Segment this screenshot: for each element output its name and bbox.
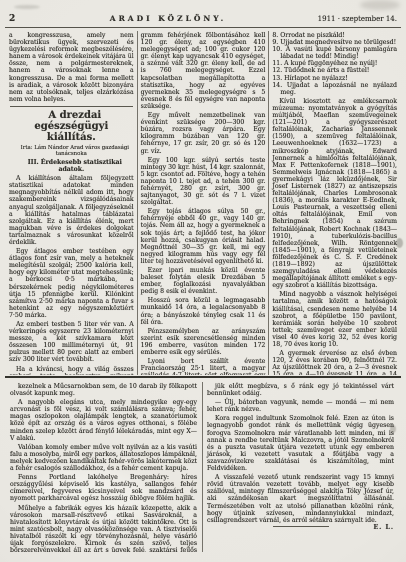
column-2: gramm fehérjének fölbontásához kell 120 … <box>138 31 269 375</box>
issue-date: 1911 · szeptember 14. <box>277 15 397 23</box>
body-paragraph: Műhelye a fabrikák egyes kis házaik köze… <box>10 505 197 553</box>
section-heading: III. Érdekesebb statisztikai adatok. <box>9 159 134 173</box>
body-paragraph: Mind nagyobb a vásznok helyiségei tartal… <box>272 291 397 348</box>
byline: Irta: Lám Nándor Arad város gazdasági ta… <box>9 145 134 157</box>
body-paragraph: a kongresszusa, amely nem bürokratikus ü… <box>9 32 134 103</box>
body-paragraph: A gyermek érverése az első évben 120, 2 … <box>272 350 397 375</box>
body-paragraph: A visszafelé vezető utunk rendszerint va… <box>207 474 394 524</box>
body-paragraph: Fenns Portland lakóhelye Bregenháry: hír… <box>10 474 197 502</box>
body-paragraph: Pénzszemélyben az arányszám szerint esik… <box>141 328 266 356</box>
column-1: a kongresszusa, amely nem bürokratikus ü… <box>6 31 137 375</box>
body-paragraph: Kora reggel indultunk Szomolnok felé. Ez… <box>207 415 394 472</box>
body-paragraph: Lyoni bort szállít évente Franciaország … <box>141 358 266 375</box>
body-paragraph: Ezer ipari munkás közül évente baleset f… <box>141 267 266 295</box>
body-paragraph: Valóban komoly ember műve volt nyilván a… <box>10 444 197 472</box>
page-number: 2 <box>9 14 59 24</box>
scan-smudge <box>360 0 400 10</box>
list-item: 10. A vasúti kupé bársony pamlagára lába… <box>272 46 397 60</box>
list-item: 13. Hírlapot ne nyálazz! <box>272 75 397 82</box>
top-section: a kongresszusa, amely nem bürokratikus ü… <box>6 31 400 375</box>
feuilleton-section: kezelnek a Műcsarnokban sem, de 10 darab… <box>6 382 400 552</box>
newspaper-page: 2 ARADI KÖZLÖNY. 1911 · szeptember 14. a… <box>0 0 406 562</box>
article-divider-rule <box>10 106 133 107</box>
masthead: ARADI KÖZLÖNY. <box>59 14 277 23</box>
body-paragraph: gramm fehérjének fölbontásához kell 120 … <box>141 32 266 110</box>
body-paragraph: Az emberi testben 5 liter vér van. A vér… <box>9 321 134 364</box>
paragraph-text: A visszafelé vezető utunk rendszerint va… <box>207 474 394 524</box>
list-item: 12. Tüdődnek ne árts a füsttel! <box>272 67 397 74</box>
body-paragraph: — Ülj, bátorban vagyunk, nemde — mondá —… <box>207 399 394 413</box>
feuilleton-column-1: kezelnek a Műcsarnokban sem, de 10 darab… <box>6 382 202 552</box>
body-paragraph: Egy művelt nemzetbelinek van évenkint sz… <box>141 112 266 155</box>
body-paragraph: Egy tojás átlagos súlya 50 gr., fehérnyé… <box>141 208 266 265</box>
body-paragraph: A kiállításon általam följegyzett statis… <box>9 175 134 246</box>
body-paragraph: A nagyobb elegáns utca, mely mindegyike … <box>10 399 197 442</box>
body-paragraph: kezelnek a Műcsarnokban sem, de 10 darab… <box>10 383 197 397</box>
article-headline: A drezdai egészségügyi kiállítás. <box>9 110 134 143</box>
page-header: 2 ARADI KÖZLÖNY. 1911 · szeptember 14. <box>9 14 397 26</box>
scan-smudge <box>14 5 40 9</box>
author-initials: E. L. <box>365 524 394 531</box>
feuilleton-column-2: jük előtt megbízva, s ő ránk egy jó teki… <box>203 382 399 552</box>
column-3: 8. Orrodat ne piszkáld! 9. Ujjadat megne… <box>269 31 400 375</box>
section-divider-rule <box>5 376 401 378</box>
body-paragraph: Egy 100 kgr. súlyú sertés teste mintegy … <box>141 157 266 207</box>
body-paragraph: Egy átlagos ember testében egy átlagos f… <box>9 248 134 319</box>
body-paragraph: Kívül kiosztott az emlékcsarnok múzeuma:… <box>272 98 397 290</box>
body-paragraph: Hosszú sora közül a legmagasabb munkaidő… <box>141 297 266 325</box>
list-item: 14. Ujjadat a lapozásnál ne nyálazd meg. <box>272 82 397 96</box>
body-paragraph: Ha a kíváncsi, hogy a világ összes ember… <box>9 366 134 375</box>
header-rule <box>5 27 401 28</box>
body-paragraph: jük előtt megbízva, s ő ránk egy jó teki… <box>207 383 394 397</box>
hygiene-rules-list-continued: 8. Orrodat ne piszkáld! 9. Ujjadat megne… <box>272 32 397 96</box>
article-end-rule <box>273 526 329 527</box>
